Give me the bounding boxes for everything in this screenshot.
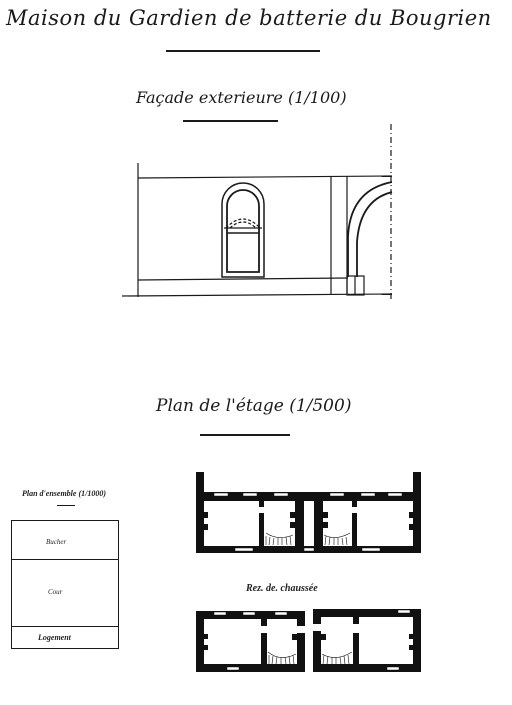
ground-floor-plan	[0, 0, 512, 705]
